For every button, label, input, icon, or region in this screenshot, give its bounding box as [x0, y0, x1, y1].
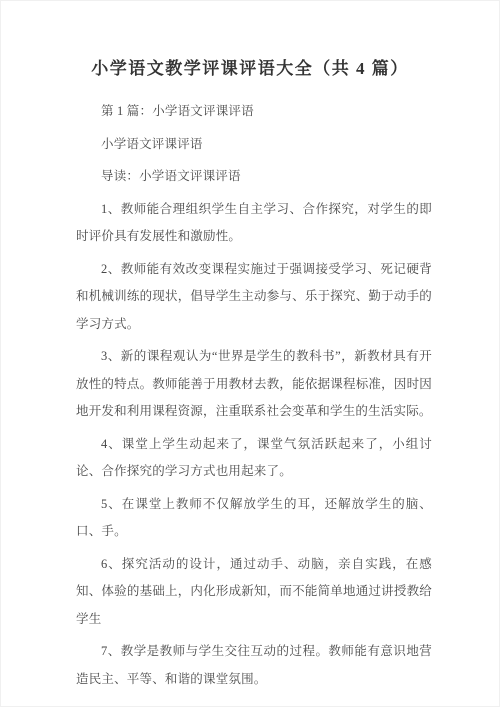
document-canvas: 小学语文教学评课评语大全（共 4 篇） 第 1 篇：小学语文评课评语 小学语文评… — [0, 0, 500, 707]
document-title: 小学语文教学评课评语大全（共 4 篇） — [37, 56, 463, 82]
doc-paragraph-item-6: 6、探究活动的设计，通过动手、动脑，亲自实践，在感知、体验的基础上，内化形成新知… — [76, 551, 432, 634]
doc-paragraph-item-4: 4、课堂上学生动起来了，课堂气氛活跃起来了，小组讨论、合作探究的学习方式也用起来… — [76, 431, 432, 486]
doc-paragraph-item-1: 1、教师能合理组织学生自主学习、合作探究，对学生的即时评价具有发展性和激励性。 — [76, 196, 432, 251]
doc-paragraph-item-5: 5、在课堂上教师不仅解放学生的耳，还解放学生的脑、口、手。 — [76, 491, 432, 546]
doc-paragraph-item-3: 3、新的课程观认为“世界是学生的教科书”，新教材具有开放性的特点。教师能善于用教… — [76, 343, 432, 426]
document-body: 第 1 篇：小学语文评课评语 小学语文评课评语 导读：小学语文评课评语 1、教师… — [76, 98, 432, 693]
doc-paragraph-item-7: 7、教学是教师与学生交往互动的过程。教师能有意识地营造民主、平等、和谐的课堂氛围… — [76, 638, 432, 693]
document-page: { "doc": { "title": "小学语文教学评课评语大全（共 4 篇）… — [0, 0, 500, 707]
doc-paragraph-heading: 第 1 篇：小学语文评课评语 — [76, 98, 432, 126]
doc-paragraph-intro: 导读：小学语文评课评语 — [76, 163, 432, 191]
doc-paragraph-item-2: 2、教师能有效改变课程实施过于强调接受学习、死记硬背和机械训练的现状，倡导学生主… — [76, 256, 432, 339]
doc-paragraph-subheading: 小学语文评课评语 — [76, 131, 432, 159]
